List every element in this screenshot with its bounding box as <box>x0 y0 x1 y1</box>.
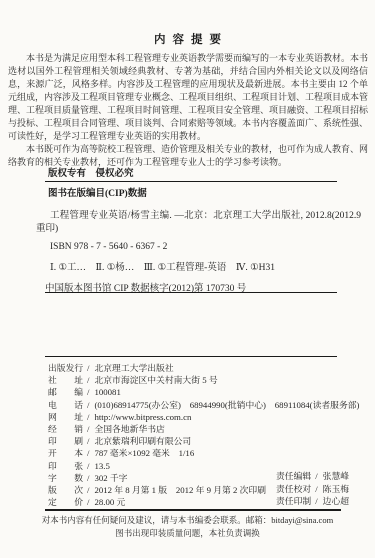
colophon-label: 经销 <box>48 423 83 435</box>
colophon-separator: / <box>87 375 89 385</box>
colophon-label: 开本 <box>48 447 83 459</box>
colophon-separator: / <box>87 485 89 495</box>
colophon-separator: / <box>87 387 89 397</box>
staff-value: 张慧峰 <box>323 471 349 481</box>
copyright-notice: 版权专有 侵权必究 <box>48 165 134 179</box>
colophon-separator: / <box>87 436 89 446</box>
cip-classification: Ⅰ. ①工… Ⅱ. ①杨… Ⅲ. ①工程管理-英语 Ⅳ. ①H31 <box>36 262 361 275</box>
footer-quality-note: 图书出现印装质量问题，本社负责调换 <box>0 527 375 540</box>
colophon-row-distributor: 经销/全国各地新华书店 <box>48 423 371 435</box>
colophon-label: 印张 <box>48 460 83 472</box>
colophon-label: 定价 <box>48 496 83 508</box>
colophon-separator: / <box>87 400 89 410</box>
colophon-row-postcode: 邮编/100081 <box>48 386 371 398</box>
colophon-label: 印刷 <box>48 435 83 447</box>
colophon-value: 北京理工大学出版社 <box>94 363 173 373</box>
isbn-number: ISBN 978 - 7 - 5640 - 6367 - 2 <box>36 241 361 254</box>
colophon-row-website: 网址/http://www.bitpress.com.cn <box>48 411 371 423</box>
colophon-value: 787 毫米×1092 毫米 1/16 <box>94 448 194 458</box>
divider-line <box>45 356 337 357</box>
colophon-separator: / <box>87 412 89 422</box>
staff-label: 责任印制 <box>276 496 311 506</box>
colophon-value: 北京紫瑞利印刷有限公司 <box>94 436 191 446</box>
colophon-row-printer: 印刷/北京紫瑞利印刷有限公司 <box>48 435 371 447</box>
cip-block: 图书在版编目(CIP)数据 工程管理专业英语/杨雪主编. —北京：北京理工大学出… <box>36 188 361 296</box>
staff-separator: / <box>315 484 317 494</box>
colophon-value: 2012 年 8 月第 1 版 2012 年 9 月第 2 次印刷 <box>94 485 266 495</box>
staff-row-print-supervisor: 责任印制/边心超 <box>276 495 349 508</box>
cip-heading: 图书在版编目(CIP)数据 <box>36 188 361 201</box>
staff-value: 边心超 <box>323 496 349 506</box>
staff-separator: / <box>315 496 317 506</box>
colophon-value: 100081 <box>94 387 120 397</box>
divider-line <box>45 292 337 293</box>
colophon-value: 北京市海淀区中关村南大街 5 号 <box>94 375 217 385</box>
staff-credits: 责任编辑/张慧峰 责任校对/陈玉梅 责任印制/边心超 <box>272 470 349 508</box>
colophon-value: 13.5 <box>94 461 109 471</box>
footer-contact-note: 对本书内容有任何疑问及建议，请与本书编委会联系。邮箱：bitdayi@sina.… <box>0 514 375 527</box>
colophon-value: http://www.bitpress.com.cn <box>94 412 191 422</box>
colophon-separator: / <box>87 497 89 507</box>
staff-separator: / <box>315 471 317 481</box>
cip-entry: 工程管理专业英语/杨雪主编. —北京：北京理工大学出版社, 2012.8(201… <box>36 210 361 236</box>
staff-label: 责任校对 <box>276 484 311 494</box>
staff-row-proofreader: 责任校对/陈玉梅 <box>276 483 349 496</box>
colophon-value: 28.00 元 <box>94 497 125 507</box>
colophon-separator: / <box>87 473 89 483</box>
colophon-separator: / <box>87 461 89 471</box>
abstract-paragraph-1: 本书是为满足应用型本科工程管理专业英语教学需要而编写的一本专业英语教材。本书选材… <box>8 52 368 143</box>
colophon-separator: / <box>87 363 89 373</box>
divider-line <box>45 509 341 511</box>
colophon-row-publisher: 出版发行/北京理工大学出版社 <box>48 362 371 374</box>
colophon-separator: / <box>87 448 89 458</box>
colophon-label: 版次 <box>48 484 83 496</box>
colophon-label: 出版发行 <box>48 362 83 374</box>
colophon-label: 电话 <box>48 399 83 411</box>
staff-label: 责任编辑 <box>276 471 311 481</box>
colophon-label: 邮编 <box>48 386 83 398</box>
footer-notes: 对本书内容有任何疑问及建议，请与本书编委会联系。邮箱：bitdayi@sina.… <box>0 514 375 540</box>
colophon-row-address: 社址/北京市海淀区中关村南大街 5 号 <box>48 374 371 386</box>
cip-record-number: 中国版本图书馆 CIP 数据核字(2012)第 170730 号 <box>36 283 361 296</box>
colophon-value: 302 千字 <box>94 473 127 483</box>
colophon-label: 社址 <box>48 374 83 386</box>
colophon-row-format: 开本/787 毫米×1092 毫米 1/16 <box>48 447 371 459</box>
colophon-row-phone: 电话/(010)68914775(办公室) 68944990(批销中心) 689… <box>48 399 371 411</box>
abstract-text: 本书是为满足应用型本科工程管理专业英语教学需要而编写的一本专业英语教材。本书选材… <box>8 52 368 169</box>
abstract-title: 内容提要 <box>0 31 375 47</box>
staff-value: 陈玉梅 <box>323 484 349 494</box>
colophon-label: 网址 <box>48 411 83 423</box>
colophon-label: 字数 <box>48 472 83 484</box>
colophon-value: 全国各地新华书店 <box>94 424 164 434</box>
staff-row-editor: 责任编辑/张慧峰 <box>276 470 349 483</box>
colophon-value: (010)68914775(办公室) 68944990(批销中心) 689110… <box>94 400 359 410</box>
divider-line <box>45 181 337 182</box>
copyright-page: 内容提要 本书是为满足应用型本科工程管理专业英语教学需要而编写的一本专业英语教材… <box>0 0 375 558</box>
colophon-separator: / <box>87 424 89 434</box>
